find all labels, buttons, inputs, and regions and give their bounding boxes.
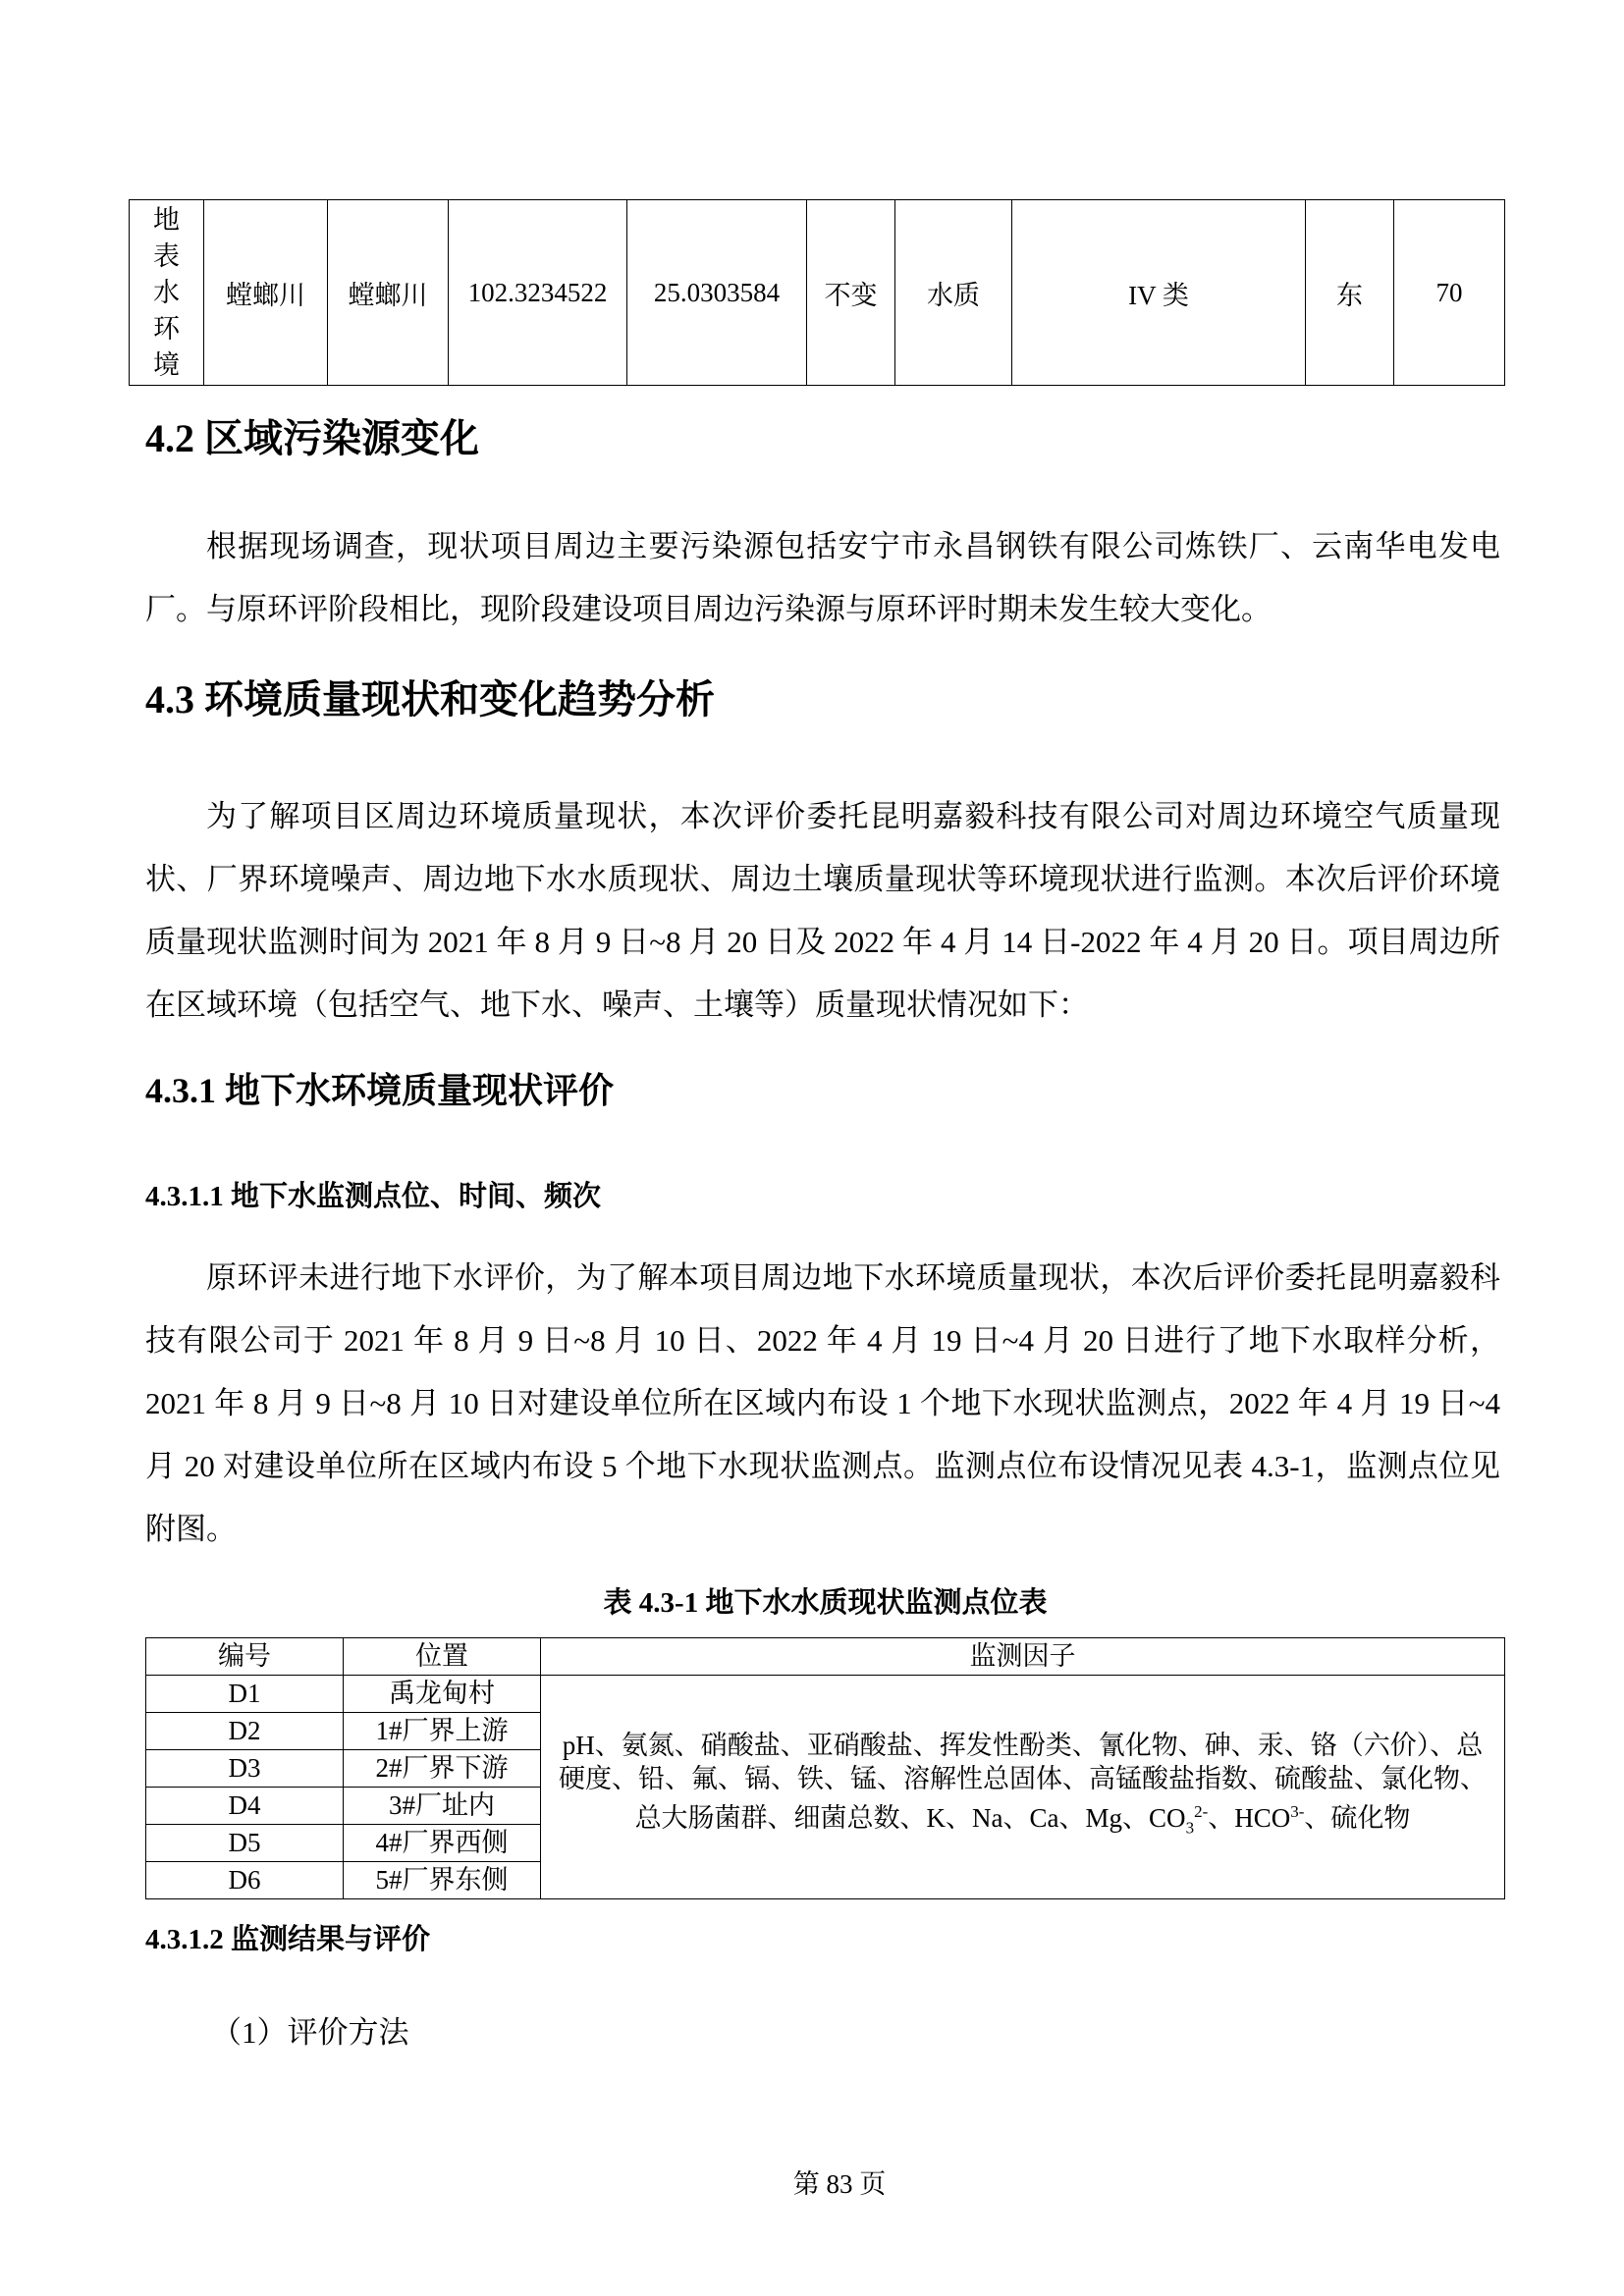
surface-water-table: 地 表 水 环 境 螳螂川 螳螂川 102.3234522 25.0303584… bbox=[129, 199, 1505, 386]
row-id: D4 bbox=[146, 1788, 344, 1825]
row-location: 3#厂址内 bbox=[344, 1788, 541, 1825]
factors-subscript: 3 bbox=[1186, 1819, 1195, 1838]
location-cell: 螳螂川 bbox=[328, 200, 449, 386]
category-char: 环 bbox=[130, 311, 203, 347]
row-location: 4#厂界西侧 bbox=[344, 1825, 541, 1862]
row-location: 2#厂界下游 bbox=[344, 1750, 541, 1788]
section-heading-4-3-1: 4.3.1 地下水环境质量现状评价 bbox=[145, 1063, 614, 1113]
factors-text: 、硫化物 bbox=[1304, 1803, 1410, 1833]
evaluation-method-item: （1）评价方法 bbox=[211, 2007, 409, 2052]
table-row: 地 表 水 环 境 螳螂川 螳螂川 102.3234522 25.0303584… bbox=[130, 200, 1505, 386]
name-cell: 螳螂川 bbox=[204, 200, 328, 386]
category-cell: 地 表 水 环 境 bbox=[130, 200, 204, 386]
change-cell: 不变 bbox=[807, 200, 895, 386]
section-heading-4-3-1-1: 4.3.1.1 地下水监测点位、时间、频次 bbox=[145, 1174, 601, 1214]
row-id: D2 bbox=[146, 1713, 344, 1750]
section-heading-4-2: 4.2 区域污染源变化 bbox=[145, 407, 479, 463]
table-header-row: 编号 位置 监测因子 bbox=[146, 1638, 1505, 1676]
page-number: 第 83 页 bbox=[0, 2163, 1624, 2201]
paragraph-4-3: 为了解项目区周边环境质量现状，本次评价委托昆明嘉毅科技有限公司对周边环境空气质量… bbox=[145, 785, 1500, 1037]
category-char: 表 bbox=[130, 239, 203, 275]
header-location: 位置 bbox=[344, 1638, 541, 1676]
latitude-cell: 25.0303584 bbox=[627, 200, 807, 386]
category-char: 境 bbox=[130, 347, 203, 384]
factors-text: 、HCO bbox=[1208, 1803, 1290, 1833]
factors-superscript: 2- bbox=[1194, 1802, 1208, 1821]
row-id: D1 bbox=[146, 1676, 344, 1713]
table-caption: 表 4.3-1 地下水水质现状监测点位表 bbox=[145, 1580, 1505, 1621]
row-location: 禹龙甸村 bbox=[344, 1676, 541, 1713]
standard-cell: IV 类 bbox=[1012, 200, 1306, 386]
longitude-cell: 102.3234522 bbox=[449, 200, 627, 386]
factors-superscript: 3- bbox=[1290, 1802, 1304, 1821]
table-row: D1 禹龙甸村 pH、氨氮、硝酸盐、亚硝酸盐、挥发性酚类、氰化物、砷、汞、铬（六… bbox=[146, 1676, 1505, 1713]
factor-cell: 水质 bbox=[895, 200, 1012, 386]
row-id: D5 bbox=[146, 1825, 344, 1862]
factors-cell: pH、氨氮、硝酸盐、亚硝酸盐、挥发性酚类、氰化物、砷、汞、铬（六价）、总硬度、铅… bbox=[541, 1676, 1505, 1899]
paragraph-4-2: 根据现场调查，现状项目周边主要污染源包括安宁市永昌钢铁有限公司炼铁厂、云南华电发… bbox=[145, 515, 1500, 641]
row-id: D3 bbox=[146, 1750, 344, 1788]
section-heading-4-3-1-2: 4.3.1.2 监测结果与评价 bbox=[145, 1917, 430, 1957]
direction-cell: 东 bbox=[1306, 200, 1394, 386]
paragraph-4-3-1-1: 原环评未进行地下水评价，为了解本项目周边地下水环境质量现状，本次后评价委托昆明嘉… bbox=[145, 1247, 1500, 1561]
category-char: 水 bbox=[130, 275, 203, 311]
groundwater-monitoring-table: 编号 位置 监测因子 D1 禹龙甸村 pH、氨氮、硝酸盐、亚硝酸盐、挥发性酚类、… bbox=[145, 1637, 1505, 1899]
row-location: 5#厂界东侧 bbox=[344, 1862, 541, 1899]
distance-cell: 70 bbox=[1394, 200, 1505, 386]
header-id: 编号 bbox=[146, 1638, 344, 1676]
row-id: D6 bbox=[146, 1862, 344, 1899]
row-location: 1#厂界上游 bbox=[344, 1713, 541, 1750]
header-factors: 监测因子 bbox=[541, 1638, 1505, 1676]
section-heading-4-3: 4.3 环境质量现状和变化趋势分析 bbox=[145, 668, 715, 724]
category-char: 地 bbox=[130, 202, 203, 239]
